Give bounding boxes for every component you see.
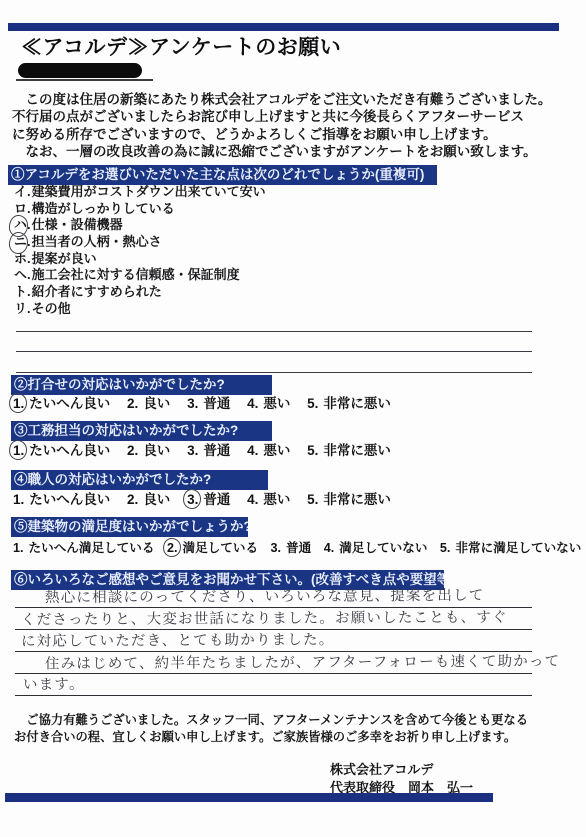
q2-option-1-circled: 1.たいへん良い [13,396,110,411]
q4-option-5: 5.非常に悪い [307,492,391,507]
option-kana: ヘ. [14,267,31,284]
q2-option-4: 4.悪い [247,396,290,411]
survey-document: ≪アコルデ≫アンケートのお願い この度は住居の新築にあたり株式会社アコルデをご注… [0,0,586,837]
option-label: 普通 [203,396,230,411]
q4-option-3-circled: 3.普通 [187,492,230,507]
option-label: 施工会社に対する信頼感・保証制度 [32,267,240,282]
q3-option-5: 5.非常に悪い [307,443,391,458]
q1-option-to: ト.紹介者にすすめられた [14,284,266,301]
q4-option-4: 4.悪い [247,492,290,507]
blank-answer-line [16,372,532,373]
option-label: 満足していない [339,541,427,555]
option-number: 4. [247,396,258,411]
question4-answers: 1.たいへん良い 2.良い 3.普通 4.悪い 5.非常に悪い [13,488,404,508]
option-label: 良い [143,443,170,458]
option-number: 2. [127,443,138,458]
question2-answers: 1.たいへん良い 2.良い 3.普通 4.悪い 5.非常に悪い [13,392,404,412]
intro-line: この度は住居の新築にあたり株式会社アコルデをご注文いただき有難うございました。 [12,91,551,108]
intro-line: なお、一層の改良改善の為に誠に恐縮でございますがアンケートをお願い致します。 [12,143,551,160]
option-label: 非常に悪い [323,492,391,507]
handwritten-text: います。 [23,673,85,695]
q1-option-i: イ.建築費用がコストダウン出来ていて安い [14,184,266,201]
option-label: たいへん良い [29,396,110,411]
option-label: 提案が良い [32,251,97,266]
option-number: 2. [127,492,138,507]
option-label: その他 [32,301,71,316]
option-label: 良い [143,492,170,507]
top-accent-bar [8,23,559,31]
handwritten-circle-mark: 1. [13,443,24,458]
option-label: 構造がしっかりしている [32,201,175,216]
option-label: 建築費用がコストダウン出来ていて安い [32,184,266,199]
option-number: 5. [307,443,318,458]
q1-option-ho: ホ.提案が良い [14,251,266,268]
option-label: 悪い [263,396,290,411]
option-label: 担当者の人柄・熱心さ [32,234,162,249]
q1-option-ni-circled: ニ.担当者の人柄・熱心さ [14,234,266,251]
page-title: ≪アコルデ≫アンケートのお願い [21,31,341,61]
q3-option-1-circled: 1.たいへん良い [13,443,110,458]
bottom-accent-bar [5,793,493,802]
handwritten-circle-mark: 3. [187,492,198,507]
option-number: 4. [324,541,335,555]
question3-answers: 1.たいへん良い 2.良い 3.普通 4.悪い 5.非常に悪い [13,439,404,459]
option-kana: リ. [14,301,31,318]
q2-option-3: 3.普通 [187,396,230,411]
blank-answer-line [16,331,532,332]
option-number: 3. [187,443,198,458]
option-number: 4. [247,492,258,507]
q3-option-2: 2.良い [127,443,170,458]
handwritten-text: 熱心に相談にのってくださり、いろいろな意見、提案を出して [45,584,485,608]
option-label: 悪い [263,492,290,507]
redacted-name-bar [18,63,142,78]
handwritten-circle-mark: ニ. [14,234,31,251]
q1-option-he: ヘ.施工会社に対する信頼感・保証制度 [14,267,266,284]
question1-header: ①アコルデをお選びいただいた主な点は次のどれでしょうか(重複可) [8,165,437,185]
q5-option-5: 5.非常に満足していない [440,541,581,555]
q4-option-1: 1.たいへん良い [13,492,110,507]
option-label: たいへん良い [29,492,110,507]
question5-header: ⑤建築物の満足度はいかがでしょうか? [11,517,248,537]
q5-option-2-circled: 2.満足している [167,541,258,555]
signature-block: 株式会社アコルデ 代表取締役 岡本 弘一 [330,761,473,796]
closing-line: ご協力有難うございました。スタッフ一同、アフターメンテナンスを含めて今後とも更な… [14,712,528,729]
option-label: 非常に悪い [323,396,391,411]
option-number: 5. [307,492,318,507]
option-label: 仕様・設備機器 [32,217,123,232]
q1-option-ro: ロ.構造がしっかりしている [14,201,266,218]
q1-option-ha-circled: ハ.仕様・設備機器 [14,217,266,234]
handwritten-comment-line: 熱心に相談にのってくださり、いろいろな意見、提案を出して [15,585,532,608]
question1-options: イ.建築費用がコストダウン出来ていて安い ロ.構造がしっかりしている ハ.仕様・… [14,184,266,318]
intro-paragraph: この度は住居の新築にあたり株式会社アコルデをご注文いただき有難うございました。 … [12,91,551,160]
intro-line: 不行届の点がございましたらお詫び申し上げますと共に今後長らくアフターサービス [12,108,551,125]
option-number: 5. [307,396,318,411]
option-number: 1. [13,541,24,555]
q4-option-2: 2.良い [127,492,170,507]
handwritten-circle-mark: 1. [13,396,24,411]
option-kana: ロ. [14,201,31,218]
option-number: 3. [187,396,198,411]
option-label: 普通 [203,492,230,507]
handwritten-circle-mark: ハ. [14,217,31,234]
q3-option-3: 3.普通 [187,443,230,458]
q2-option-2: 2.良い [127,396,170,411]
option-number: 5. [440,541,451,555]
option-label: 非常に満足していない [455,541,581,555]
question3-header: ③工務担当の対応はいかがでしたか? [11,421,272,441]
q5-option-1: 1.たいへん満足している [13,541,154,555]
handwritten-text: 住みはじめて、約半年たちましたが、アフターフォローも速くて助かって [45,650,560,675]
blank-answer-line [16,351,532,352]
q5-option-3: 3.普通 [271,541,312,555]
intro-line: に努める所存でございますので、どうかよろしくご指導をお願い申し上げます。 [12,126,551,143]
option-label: 普通 [286,541,311,555]
option-number: 3. [271,541,282,555]
option-kana: ホ. [14,251,31,268]
option-label: 非常に悪い [323,443,391,458]
closing-paragraph: ご協力有難うございました。スタッフ一同、アフターメンテナンスを含めて今後とも更な… [14,712,528,746]
option-label: 紹介者にすすめられた [32,284,162,299]
handwritten-comment-line: 住みはじめて、約半年たちましたが、アフターフォローも速くて助かって [15,651,532,674]
option-kana: イ. [14,184,31,201]
option-label: 普通 [203,443,230,458]
option-label: たいへん満足している [29,541,155,555]
closing-line: お付き合いの程、宜しくお願い申し上げます。ご家族皆様のご多幸をお祈り申し上げます… [14,729,528,746]
option-label: たいへん良い [29,443,110,458]
option-number: 2. [127,396,138,411]
handwritten-text: に対応していただき、とても助かりました。 [21,628,335,652]
handwritten-circle-mark: 2. [167,541,178,555]
option-label: 悪い [263,443,290,458]
question5-answers: 1.たいへん満足している 2.満足している 3.普通 4.満足していない 5.非… [13,537,586,556]
q2-option-5: 5.非常に悪い [307,396,391,411]
handwritten-text: くださったりと、大変お世話になりました。お願いしたことも、すぐ [21,606,508,631]
option-label: 満足している [182,541,258,555]
name-underline [16,79,153,81]
q5-option-4: 4.満足していない [324,541,428,555]
handwritten-comment-line: くださったりと、大変お世話になりました。お願いしたことも、すぐ [15,607,532,630]
q3-option-4: 4.悪い [247,443,290,458]
question4-header: ④職人の対応はいかがでしたか? [11,470,268,490]
option-label: 良い [143,396,170,411]
handwritten-comment-line: います。 [15,673,532,696]
handwritten-comment-line: に対応していただき、とても助かりました。 [15,629,532,652]
option-kana: ト. [14,284,31,301]
company-name: 株式会社アコルデ [330,761,473,779]
option-number: 1. [13,492,24,507]
option-number: 4. [247,443,258,458]
q1-option-ri: リ.その他 [14,301,266,318]
